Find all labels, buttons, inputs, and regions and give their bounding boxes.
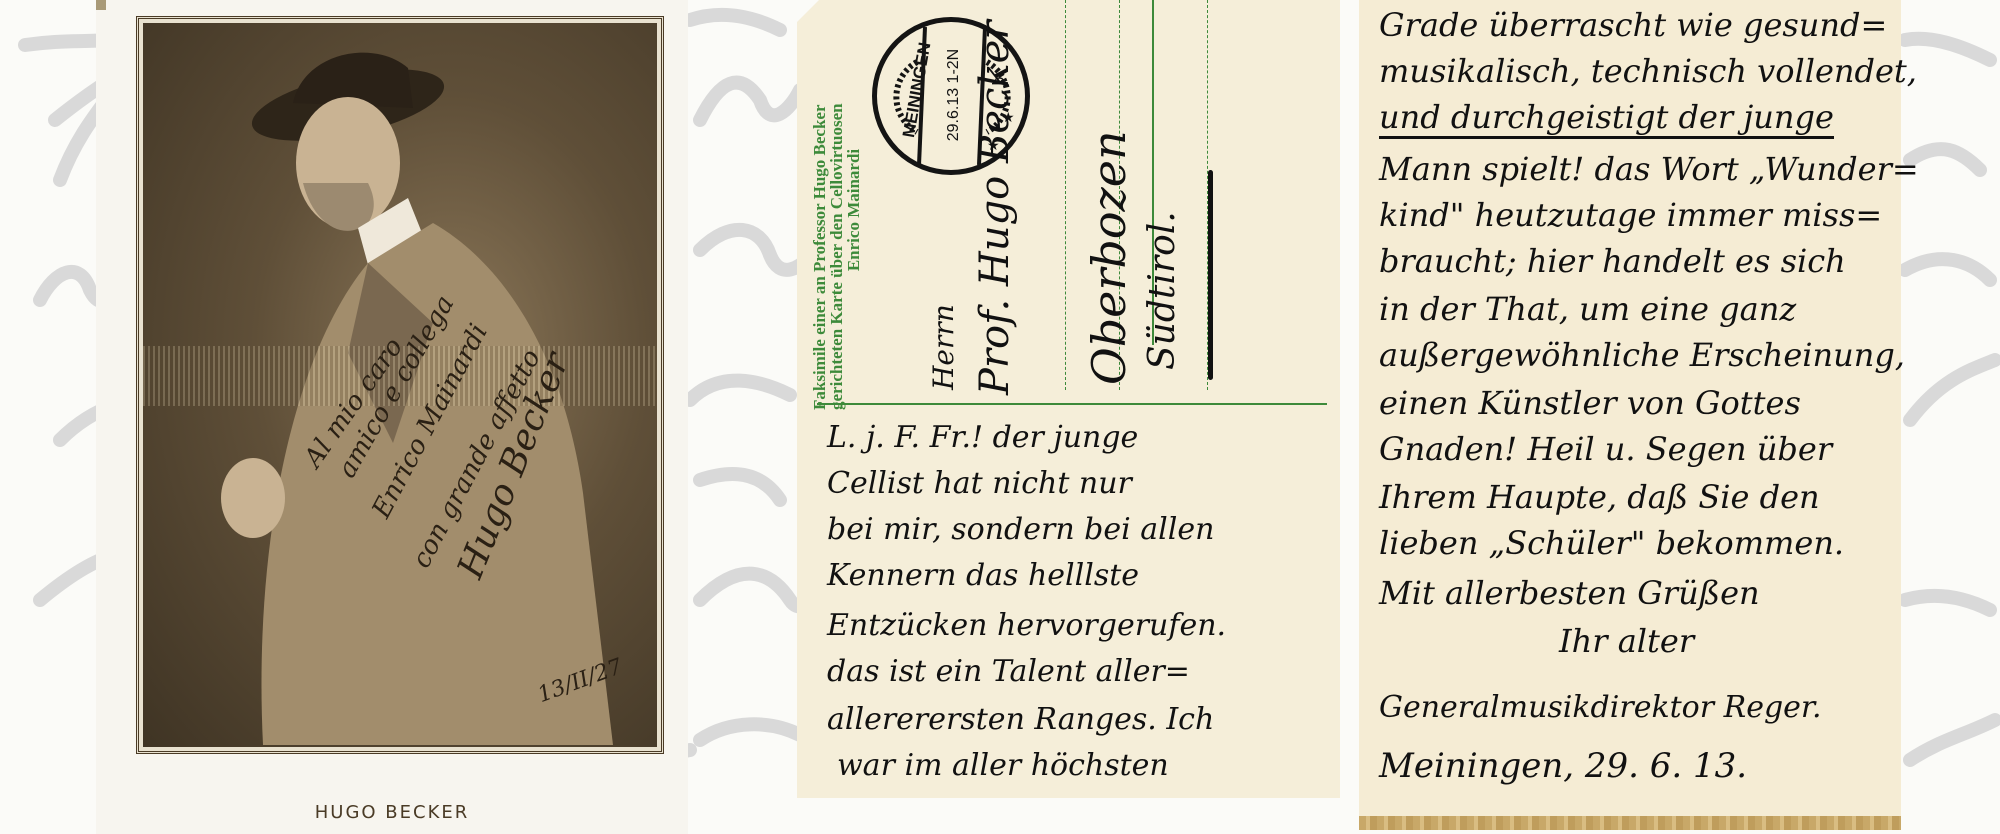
caption-line: Faksimile einer an Professor Hugo Becker — [811, 10, 828, 410]
caption-line: Enrico Mainardi — [845, 10, 862, 410]
photo-frame: Al mio caro amico e collega Enrico Maina… — [136, 16, 664, 754]
torn-paper-edge — [1359, 816, 1901, 830]
message-line: Entzücken hervorgerufen. — [827, 608, 1226, 643]
message-line: war im aller höchsten — [837, 748, 1169, 783]
letter-line: Ihrem Haupte, daß Sie den — [1379, 478, 1820, 516]
letter-line: musikalisch, technisch vollendet, — [1379, 52, 1917, 90]
letter-line: braucht; hier handelt es sich — [1379, 242, 1846, 280]
message-line: das ist ein Talent aller= — [827, 654, 1190, 689]
address-line: Herrn — [927, 304, 960, 390]
letter-line: in der That, um eine ganz — [1379, 290, 1796, 328]
photo-caption: HUGO BECKER — [96, 802, 688, 823]
caption-line: gerichteten Karte über den Cellovirtuose… — [828, 10, 845, 410]
photo-card-corner-tab — [96, 0, 106, 10]
address-line: Südtirol. — [1142, 211, 1183, 370]
portrait-photo: Al mio caro amico e collega Enrico Maina… — [143, 23, 657, 747]
message-line: L. j. F. Fr.! der junge — [827, 420, 1138, 455]
letter-signature: Generalmusikdirektor Reger. — [1379, 690, 1822, 725]
letter-line: kind" heutzutage immer miss= — [1379, 196, 1882, 234]
letter-line: und durchgeistigt der junge — [1379, 98, 1834, 139]
address-line-dashed — [1065, 0, 1066, 390]
handwritten-letter-page: Grade überrascht wie gesund= musikalisch… — [1359, 0, 1901, 830]
letter-line: Gnaden! Heil u. Segen über — [1379, 430, 1832, 468]
letter-line: lieben „Schüler" bekommen. — [1379, 524, 1844, 562]
message-line: Cellist hat nicht nur — [827, 466, 1132, 501]
address-line: Prof. Hugo Becker — [972, 21, 1018, 395]
postcard-address-side: Faksimile einer an Professor Hugo Becker… — [797, 0, 1340, 798]
address-underline — [1208, 170, 1213, 380]
message-line: bei mir, sondern bei allen — [827, 512, 1214, 547]
message-divider-rule — [817, 403, 1327, 405]
letter-line: Mann spielt! das Wort „Wunder= — [1379, 150, 1919, 188]
address-line: Oberbozen — [1082, 130, 1136, 385]
message-line: allererersten Ranges. Ich — [827, 702, 1214, 737]
letter-line: Ihr alter — [1559, 622, 1694, 660]
letter-line: einen Künstler von Gottes — [1379, 384, 1801, 422]
letter-line: Grade überrascht wie gesund= — [1379, 6, 1887, 44]
postmark-date: 29.6.13 1-2N — [945, 40, 963, 150]
letter-date-place: Meiningen, 29. 6. 13. — [1379, 746, 1747, 786]
printed-facsimile-caption: Faksimile einer an Professor Hugo Becker… — [811, 10, 862, 410]
letter-line: Mit allerbesten Grüßen — [1379, 574, 1760, 612]
letter-line: außergewöhnliche Erscheinung, — [1379, 336, 1905, 374]
message-line: Kennern das helllste — [827, 558, 1139, 593]
signed-portrait-photo-card: Al mio caro amico e collega Enrico Maina… — [96, 0, 688, 834]
